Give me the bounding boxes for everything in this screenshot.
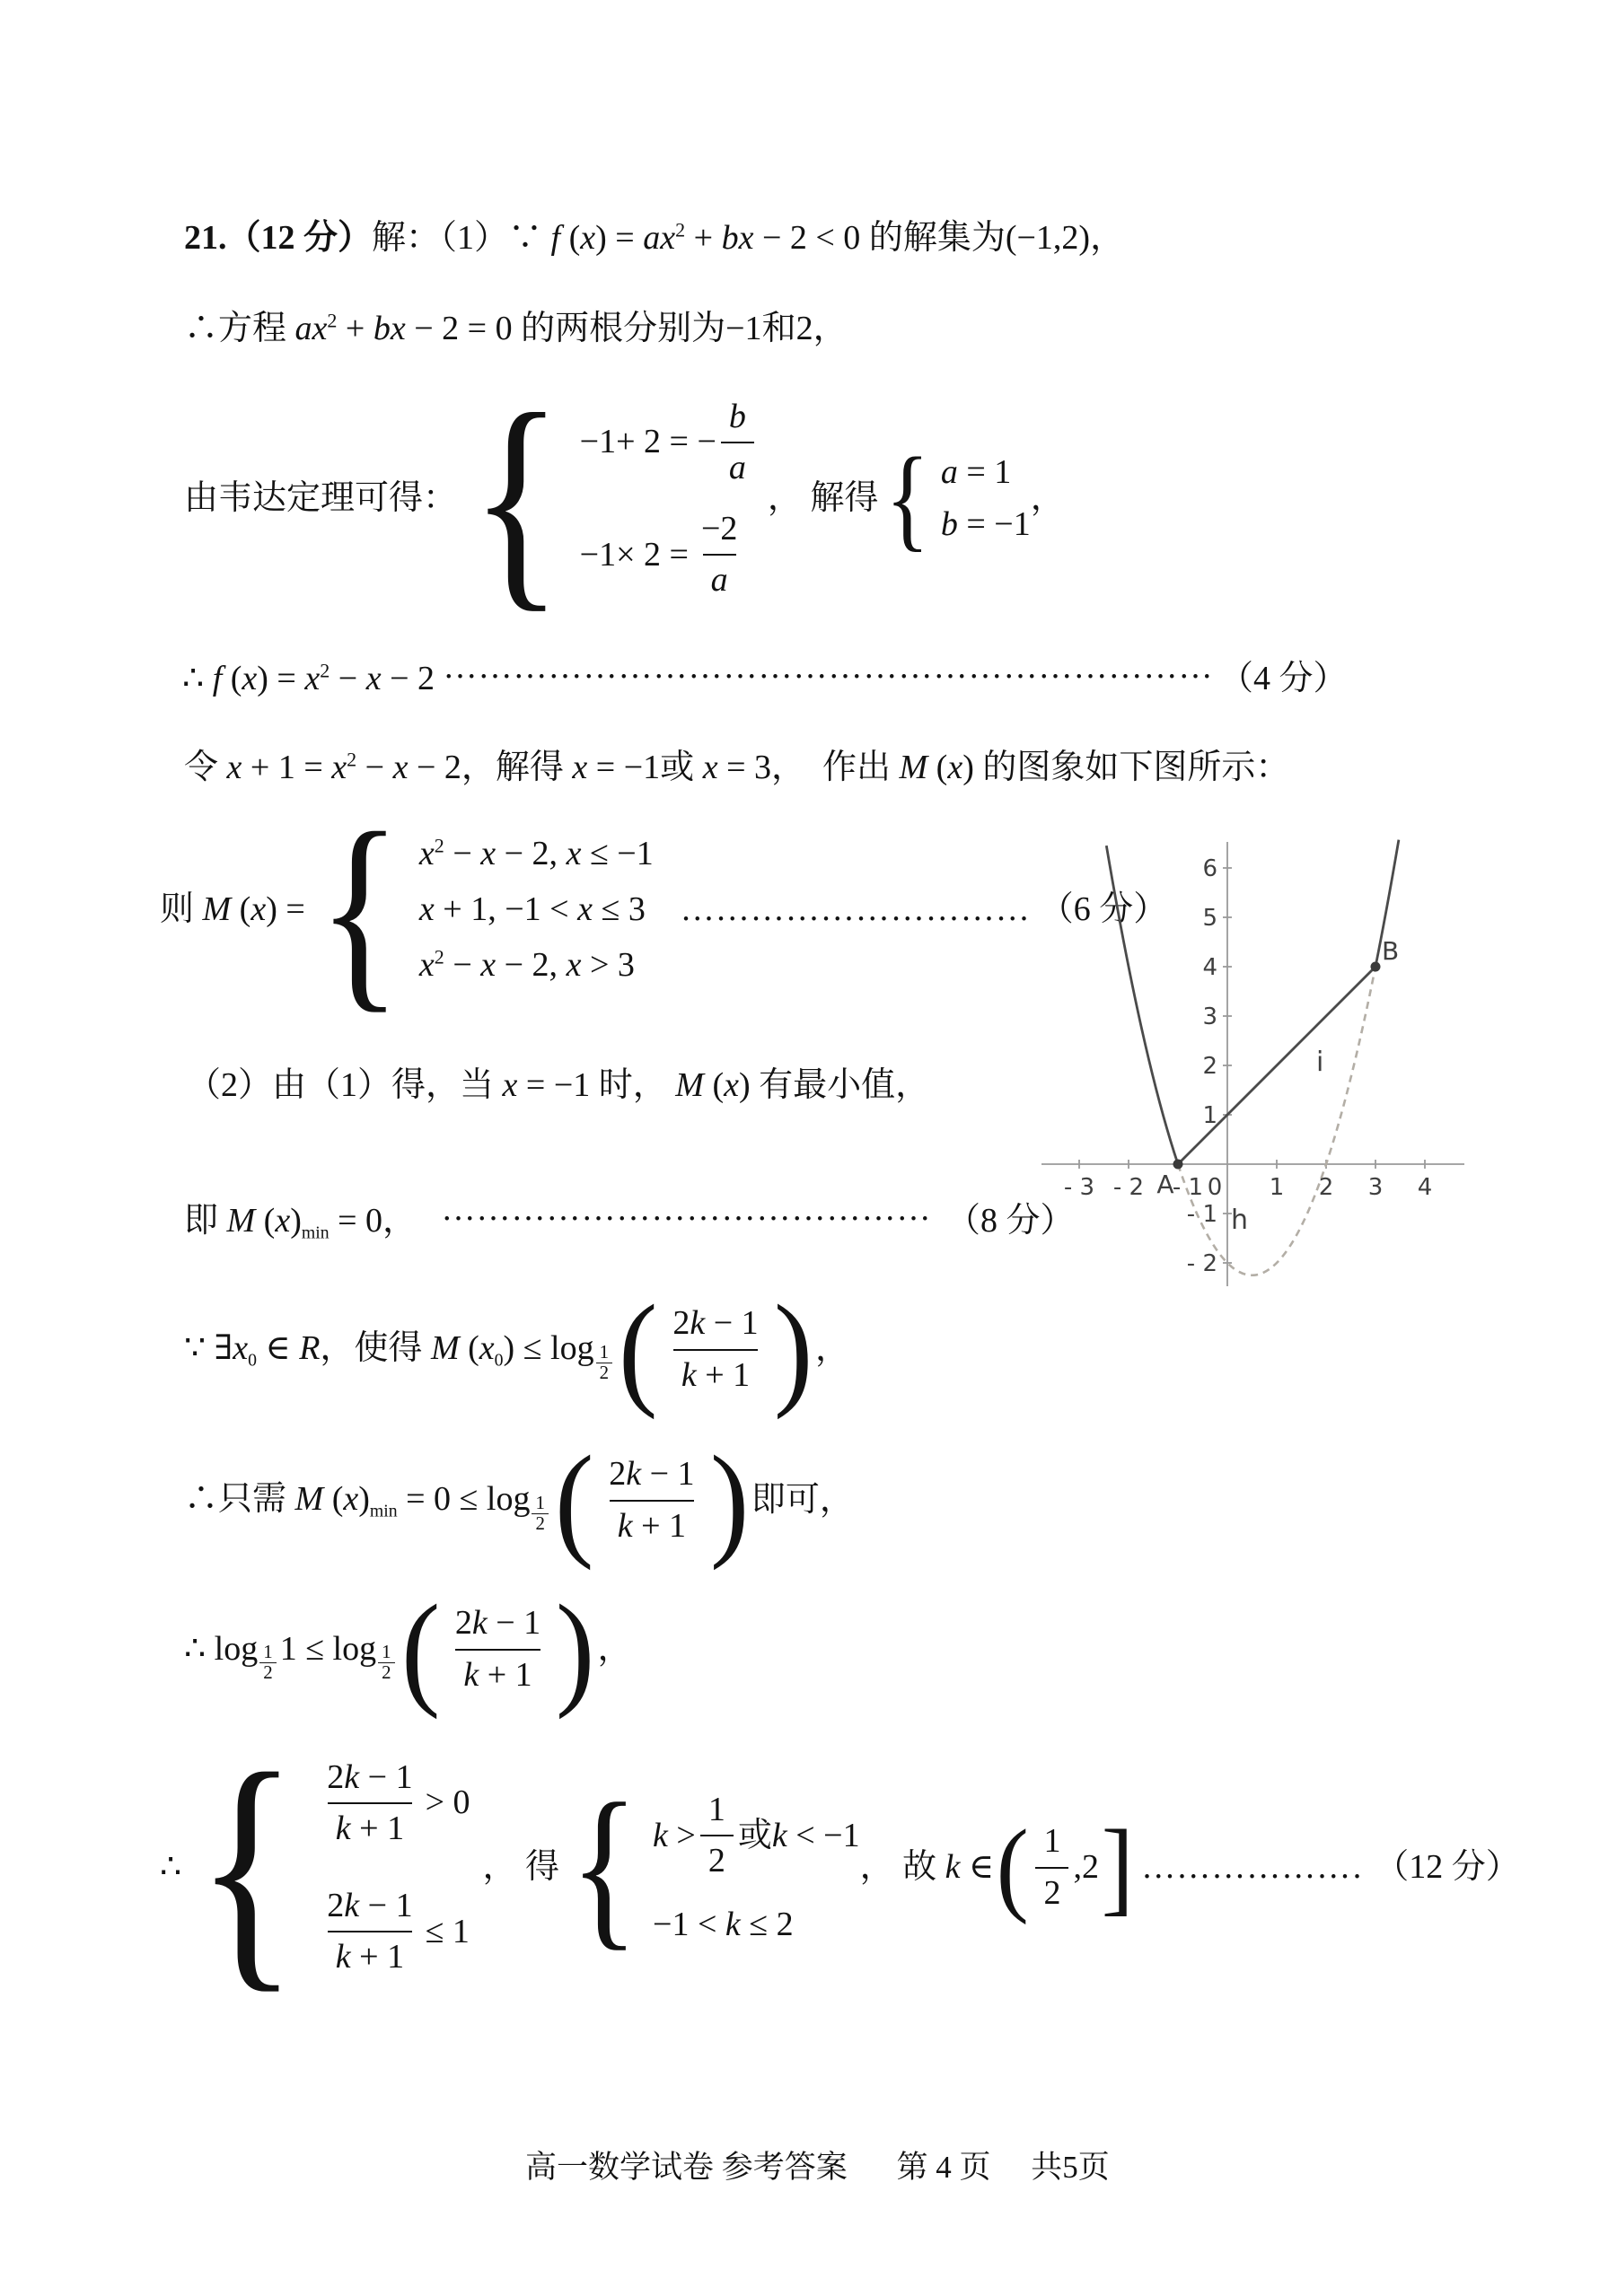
text-run: 0 bbox=[495, 1351, 504, 1371]
text-run: ax bbox=[643, 219, 675, 257]
text-run: 2 bbox=[435, 834, 444, 856]
big-left-paren: ( bbox=[997, 1822, 1029, 1912]
fraction-b-over-a: b a bbox=[721, 394, 754, 490]
text-run: min bbox=[370, 1502, 398, 1521]
log-compare-line: ∴ log 1 2 1 ≤ log 1 2 ( 2k − 1 k + 1 ) ， bbox=[184, 1592, 631, 1705]
text-run: = −1 bbox=[958, 505, 1031, 543]
text-run: 或 bbox=[738, 1817, 772, 1854]
text-run: x bbox=[703, 749, 718, 786]
text-run: ≤ −1 bbox=[581, 835, 653, 872]
text-run: ,2 bbox=[1073, 1848, 1099, 1886]
text-run: 即 bbox=[184, 1202, 227, 1240]
text-run: 使得 bbox=[354, 1329, 431, 1367]
text-run: 或 bbox=[660, 749, 703, 786]
text-run: 有最小值， bbox=[759, 1066, 929, 1104]
text-run: x bbox=[724, 1066, 739, 1104]
text-run: ( bbox=[927, 749, 947, 786]
text-run: min bbox=[302, 1223, 330, 1243]
text-run: ≤ 1 bbox=[426, 1913, 470, 1950]
mx-label: 则 M (x) = bbox=[160, 887, 305, 932]
text-run: − 2 < 0 bbox=[753, 219, 868, 257]
text-run: 2 bbox=[327, 1758, 344, 1796]
only-need-text: ∴只需 M (x)min = 0 ≤ log bbox=[184, 1477, 530, 1523]
fraction-one-half: 1 2 bbox=[700, 1787, 734, 1883]
text-run: = 1 bbox=[958, 453, 1011, 491]
text-run: + 1, −1 < bbox=[435, 890, 577, 928]
text-run: 则 bbox=[160, 890, 203, 928]
text-run: ， bbox=[1090, 219, 1124, 257]
text-run: k bbox=[336, 1938, 351, 1976]
left-brace: { bbox=[886, 451, 930, 546]
big-left-paren: ( bbox=[555, 1446, 594, 1555]
text-run: − bbox=[356, 749, 392, 786]
text-run: x bbox=[343, 1480, 358, 1518]
vieta-line: 由韦达定理可得： { −1+ 2 = − b a −1× 2 = −2 a ， … bbox=[184, 398, 1065, 599]
text-run: a bbox=[941, 453, 958, 491]
b-value: b = −1 bbox=[941, 502, 1031, 547]
text-run: − bbox=[330, 660, 365, 697]
min-value-eq: 即 M (x)min = 0， bbox=[184, 1202, 417, 1240]
text-run: > 3 bbox=[581, 946, 634, 984]
text-run: x bbox=[419, 835, 435, 872]
text-run: ) = bbox=[257, 660, 304, 697]
text-run: x bbox=[227, 749, 242, 786]
text-run: = −1 bbox=[517, 1066, 590, 1104]
text-run: k bbox=[472, 1604, 488, 1642]
text-run: − 2, bbox=[496, 835, 566, 872]
left-brace: { bbox=[470, 399, 563, 597]
text-run: ，解得 bbox=[461, 749, 573, 786]
text-run: > 0 bbox=[426, 1783, 470, 1821]
inequality-1: 2k − 1 k + 1 > 0 bbox=[314, 1755, 470, 1851]
vieta-label: 由韦达定理可得： bbox=[184, 476, 457, 521]
score-12: （12 分） bbox=[1375, 1845, 1520, 1889]
line-label-i: i bbox=[1316, 1047, 1323, 1078]
eq-text: −1× 2 = bbox=[580, 532, 689, 577]
left-brace: { bbox=[318, 819, 402, 999]
text-run: ) = bbox=[595, 219, 643, 257]
text-run: k bbox=[772, 1817, 787, 1854]
text-run: = 0 ≤ log bbox=[398, 1480, 531, 1518]
text-run: ) ≤ log bbox=[504, 1329, 594, 1367]
text-run: ( bbox=[255, 1202, 275, 1240]
text-run: 即可， bbox=[751, 1481, 854, 1519]
point-B bbox=[1371, 962, 1381, 972]
log-base-half: 1 2 bbox=[532, 1494, 548, 1534]
text-run: 2 bbox=[347, 748, 356, 770]
text-run: −1 bbox=[725, 310, 761, 347]
text-run: 的两根分别为 bbox=[521, 310, 725, 347]
text-run: k bbox=[618, 1507, 633, 1545]
fx-result-line: ∴ f (x) = x2 − x − 2 …………………………………………………… bbox=[182, 644, 1348, 701]
text-run: b bbox=[729, 398, 746, 435]
text-run: b bbox=[941, 505, 958, 543]
eq-text: −1+ 2 = − bbox=[580, 419, 716, 464]
text-run: ∵ bbox=[508, 219, 551, 257]
text-run: ， 故 bbox=[860, 1848, 945, 1886]
log-base-half: 1 2 bbox=[259, 1643, 276, 1683]
text-run: ) = bbox=[266, 890, 305, 928]
text-run: 和 bbox=[762, 310, 796, 347]
log-base-half: 1 2 bbox=[596, 1343, 612, 1383]
text-run: − 2 bbox=[408, 749, 461, 786]
y-tick-label: 5 bbox=[1202, 905, 1217, 932]
text-run: ， bbox=[813, 310, 848, 347]
text-run: 2 bbox=[455, 1604, 472, 1642]
text-run: ， bbox=[382, 1202, 417, 1240]
conclusion-text: ， 故 k ∈ bbox=[860, 1845, 995, 1889]
text-run: − 1 bbox=[359, 1887, 412, 1924]
text-run: − 1 bbox=[359, 1758, 412, 1796]
text-run: x bbox=[419, 890, 435, 928]
text-run: k bbox=[344, 1758, 359, 1796]
fraction-2k-1-over-k-1: 2k − 1 k + 1 bbox=[664, 1301, 766, 1397]
fraction-neg2-over-a: −2 a bbox=[693, 506, 745, 602]
text-run: x bbox=[577, 890, 593, 928]
x-tick-label: - 1 bbox=[1173, 1174, 1203, 1201]
score-4: （4 分） bbox=[1219, 660, 1348, 697]
inequality-2: 2k − 1 k + 1 ≤ 1 bbox=[314, 1883, 470, 1979]
text-run: 的图象如下图所示： bbox=[982, 749, 1289, 786]
text-run: M bbox=[295, 1480, 324, 1518]
text-run: 2 bbox=[327, 309, 337, 331]
k-case-2: −1 < k ≤ 2 bbox=[653, 1902, 794, 1947]
text-run: + 1 bbox=[633, 1507, 686, 1545]
point-A-label: A bbox=[1156, 1170, 1173, 1199]
text-run: ( bbox=[222, 660, 242, 697]
text-run: −1+ 2 = − bbox=[580, 423, 716, 460]
text-run: −1× 2 = bbox=[580, 536, 689, 574]
point-A bbox=[1173, 1160, 1183, 1170]
text-run: 2 bbox=[435, 945, 444, 968]
text-run: x bbox=[479, 1329, 495, 1367]
text-run: 1 ≤ log bbox=[280, 1630, 376, 1668]
fx-result: ∴ f (x) = x2 − x − 2 bbox=[182, 660, 435, 697]
text-run: a bbox=[711, 561, 728, 599]
big-right-paren: ) bbox=[774, 1295, 813, 1404]
text-run: − 2 bbox=[382, 660, 435, 697]
text-run: ) bbox=[290, 1202, 302, 1240]
text-run: − 2, bbox=[496, 946, 566, 984]
text-run: x bbox=[947, 749, 962, 786]
text-run: k bbox=[336, 1810, 351, 1847]
text-run: = −1 bbox=[587, 749, 660, 786]
dotted-leader: ……………………………… bbox=[681, 887, 1029, 932]
exists-text: ∵ ∃x0 ∈ R，使得 M (x0) ≤ log bbox=[184, 1326, 594, 1372]
text-run: x bbox=[366, 660, 382, 697]
y-tick-label: 3 bbox=[1202, 1003, 1217, 1030]
text-run: ∴ bbox=[184, 1480, 218, 1518]
x-tick-label: 1 bbox=[1270, 1174, 1285, 1201]
text-run: bx bbox=[373, 310, 406, 347]
footer-title: 高一数学试卷 参考答案 bbox=[525, 2150, 848, 2185]
text-run: ∴ bbox=[184, 310, 218, 347]
k-case-1: k > 1 2 或k < −1 bbox=[653, 1787, 860, 1883]
fraction-one-half: 1 2 bbox=[1035, 1818, 1068, 1915]
dotted-leader: …………………………………… bbox=[442, 1187, 931, 1231]
text-run: ax bbox=[295, 310, 328, 347]
text-run: ， 作出 bbox=[771, 749, 900, 786]
text-run: ∴ bbox=[182, 660, 213, 697]
interval-upper: ,2 bbox=[1073, 1845, 1099, 1889]
text-run: k bbox=[653, 1817, 668, 1854]
vieta-eq-sum: −1+ 2 = − b a bbox=[580, 394, 759, 490]
text-run: = 0 bbox=[330, 1202, 382, 1240]
dotted-leader: ……………………………………………………………………………………… bbox=[444, 644, 1211, 689]
y-tick-label: 2 bbox=[1202, 1053, 1217, 1080]
y-tick-label: - 2 bbox=[1187, 1250, 1217, 1277]
vieta-equations: −1+ 2 = − b a −1× 2 = −2 a bbox=[580, 394, 759, 603]
piecewise-line: 则 M (x) = { x2 − x − 2, x ≤ −1 x + 1, −1… bbox=[160, 817, 1167, 1002]
text-run: x bbox=[567, 946, 582, 984]
text-run: − bbox=[444, 835, 480, 872]
parabola-label-h: h bbox=[1231, 1205, 1248, 1236]
text-run: 时， bbox=[590, 1066, 675, 1104]
text-run: x bbox=[304, 660, 320, 697]
text-run: ) bbox=[962, 749, 982, 786]
text-run: 2 bbox=[320, 660, 330, 682]
text-run: > bbox=[668, 1817, 696, 1854]
log-text-2: 1 ≤ log bbox=[280, 1626, 376, 1671]
text-run: M bbox=[900, 749, 928, 786]
exists-condition-line: ∵ ∃x0 ∈ R，使得 M (x0) ≤ log 1 2 ( 2k − 1 k… bbox=[184, 1293, 849, 1406]
mx-plot: - 3 - 2 - 1 0 1 2 3 4 6 5 4 3 2 1 - 1 - … bbox=[1040, 839, 1469, 1288]
footer-page-total: 共5页 bbox=[1031, 2150, 1110, 2185]
x-tick-label: 3 bbox=[1368, 1174, 1384, 1201]
exam-answer-page: 21.（12 分）解：（1）∵ f (x) = ax2 + bx − 2 < 0… bbox=[0, 0, 1617, 2296]
fraction-2k-1-over-k-1: 2k − 1 k + 1 bbox=[319, 1755, 420, 1851]
comma: ， bbox=[815, 1327, 849, 1371]
y-tick-label: 6 bbox=[1202, 855, 1217, 882]
text-run: x bbox=[393, 749, 409, 786]
x-tick-label: 4 bbox=[1418, 1174, 1433, 1201]
text-run: x bbox=[567, 835, 582, 872]
text-run: − 1 bbox=[641, 1455, 694, 1493]
footer-page-number: 第 4 页 bbox=[897, 2150, 991, 2185]
text-run: k bbox=[690, 1304, 705, 1342]
text-run: ∴ log bbox=[184, 1630, 258, 1668]
fraction-2k-1-over-k-1: 2k − 1 k + 1 bbox=[319, 1883, 420, 1979]
text-run: ( bbox=[460, 1329, 479, 1367]
case-2: x + 1, −1 < x ≤ 3 bbox=[419, 887, 646, 932]
left-brace: { bbox=[196, 1758, 298, 1976]
text-run: < −1 bbox=[787, 1817, 860, 1854]
text-run: k bbox=[344, 1887, 359, 1924]
big-left-paren: ( bbox=[619, 1295, 658, 1404]
solve-connector: ， 解得 bbox=[768, 476, 879, 521]
a-value: a = 1 bbox=[941, 450, 1011, 495]
text-run: 2 bbox=[675, 218, 685, 241]
text-run: 0 bbox=[248, 1351, 257, 1371]
text-run: − bbox=[444, 946, 480, 984]
text-run: M bbox=[675, 1066, 704, 1104]
big-right-paren: ) bbox=[709, 1446, 749, 1555]
therefore-symbol: ∴ bbox=[160, 1845, 181, 1889]
text-run: 的解集为 bbox=[869, 219, 1006, 257]
min-value-line: 即 M (x)min = 0， …………………………………… （8 分） bbox=[184, 1187, 1075, 1245]
log-text-1: ∴ log bbox=[184, 1626, 258, 1671]
text-run: x bbox=[250, 890, 266, 928]
text-run: M bbox=[431, 1329, 460, 1367]
big-left-paren: ( bbox=[400, 1595, 440, 1704]
text-run: k bbox=[725, 1906, 741, 1943]
text-run: x bbox=[233, 1329, 248, 1367]
text-run: + 1 bbox=[351, 1810, 404, 1847]
text-run: 只需 bbox=[218, 1480, 295, 1518]
text-run: x bbox=[419, 946, 435, 984]
final-system-line: ∴ { 2k − 1 k + 1 > 0 2k − 1 k + 1 ≤ 1 ， … bbox=[160, 1747, 1520, 1987]
text-run: M bbox=[227, 1202, 256, 1240]
text-run: ， bbox=[597, 1630, 631, 1668]
text-run: x bbox=[503, 1066, 518, 1104]
text-run: − 1 bbox=[488, 1604, 540, 1642]
text-run: − 2 = 0 bbox=[406, 310, 521, 347]
text-run: （2）由（1）得，当 bbox=[187, 1066, 503, 1104]
text-run: 21.（12 分） bbox=[184, 219, 372, 257]
ab-solution: a = 1 b = −1 bbox=[941, 450, 1031, 547]
text-run: (−1,2) bbox=[1006, 219, 1090, 257]
text-run: 解：（1） bbox=[372, 219, 508, 257]
solution-line-2: ∴方程 ax2 + bx − 2 = 0 的两根分别为−1和2， bbox=[184, 306, 848, 351]
dotted-leader: ………………………… bbox=[1141, 1845, 1366, 1889]
text-run: a bbox=[729, 449, 746, 486]
text-run: + 1 bbox=[479, 1656, 532, 1694]
x-tick-label: 2 bbox=[1319, 1174, 1334, 1201]
text-run: + 1 bbox=[697, 1356, 750, 1394]
text-run: ∵ ∃ bbox=[184, 1329, 233, 1367]
fraction-2k-1-over-k-1: 2k − 1 k + 1 bbox=[447, 1600, 549, 1696]
case-1: x2 − x − 2, x ≤ −1 bbox=[419, 831, 654, 876]
k-solution-system: k > 1 2 或k < −1 −1 < k ≤ 2 bbox=[653, 1787, 860, 1946]
left-brace: { bbox=[570, 1793, 639, 1941]
suffix: 即可， bbox=[751, 1477, 854, 1522]
text-run: 2 bbox=[672, 1304, 690, 1342]
text-run: ≤ 2 bbox=[741, 1906, 794, 1943]
y-tick-label: 4 bbox=[1202, 954, 1217, 981]
fraction-2k-1-over-k-1: 2k − 1 k + 1 bbox=[601, 1451, 702, 1547]
text-run: −1 < bbox=[653, 1906, 725, 1943]
text-run: ) bbox=[739, 1066, 759, 1104]
text-run: 令 bbox=[184, 749, 227, 786]
only-need-line: ∴只需 M (x)min = 0 ≤ log 1 2 ( 2k − 1 k + … bbox=[184, 1443, 854, 1556]
part2-line: （2）由（1）得，当 x = −1 时， M (x) 有最小值， bbox=[187, 1063, 929, 1108]
function-graph: - 3 - 2 - 1 0 1 2 3 4 6 5 4 3 2 1 - 1 - … bbox=[1040, 839, 1469, 1293]
text-run: + bbox=[685, 219, 721, 257]
inequality-system: 2k − 1 k + 1 > 0 2k − 1 k + 1 ≤ 1 bbox=[314, 1755, 470, 1980]
text-run: x bbox=[580, 219, 595, 257]
case-3: x2 − x − 2, x > 3 bbox=[419, 942, 635, 987]
piecewise-cases: x2 − x − 2, x ≤ −1 x + 1, −1 < x ≤ 3 x2 … bbox=[419, 831, 654, 987]
big-right-bracket: ] bbox=[1102, 1822, 1134, 1912]
solution-line-1: 21.（12 分）解：（1）∵ f (x) = ax2 + bx − 2 < 0… bbox=[184, 215, 1124, 260]
text-run: + 1 bbox=[351, 1938, 404, 1976]
text-run: ( bbox=[704, 1066, 724, 1104]
text-run: k bbox=[626, 1455, 641, 1493]
comma: ， bbox=[1031, 476, 1065, 521]
y-tick-label: 1 bbox=[1202, 1102, 1217, 1129]
big-right-paren: ) bbox=[556, 1595, 595, 1704]
text-run: k bbox=[681, 1356, 697, 1394]
text-run: ， bbox=[320, 1329, 354, 1367]
parabola-left-branch bbox=[1106, 846, 1178, 1164]
text-run: −2 bbox=[701, 510, 737, 548]
text-run: x bbox=[480, 835, 496, 872]
text-run: ∈ bbox=[961, 1848, 995, 1886]
score-8: （8 分） bbox=[946, 1202, 1075, 1240]
text-run: 2 bbox=[609, 1455, 626, 1493]
text-run: + 1 = bbox=[242, 749, 331, 786]
comma: ， bbox=[597, 1626, 631, 1671]
text-run: R bbox=[299, 1329, 320, 1367]
x-tick-label: - 2 bbox=[1113, 1174, 1144, 1201]
solve-intersection-line: 令 x + 1 = x2 − x − 2，解得 x = −1或 x = 3， 作… bbox=[184, 745, 1289, 790]
text-run: x bbox=[480, 946, 496, 984]
text-run: 方程 bbox=[218, 310, 295, 347]
text-run: x bbox=[275, 1202, 290, 1240]
point-B-label: B bbox=[1382, 936, 1399, 966]
y-tick-label: - 1 bbox=[1187, 1201, 1217, 1228]
text-run: ∈ bbox=[257, 1329, 299, 1367]
text-run: 2 bbox=[796, 310, 813, 347]
text-run: 2 bbox=[327, 1887, 344, 1924]
text-run: x bbox=[242, 660, 257, 697]
text-run: ( bbox=[560, 219, 580, 257]
x-tick-label: 0 bbox=[1208, 1174, 1223, 1201]
vieta-eq-product: −1× 2 = −2 a bbox=[580, 506, 751, 602]
text-run: ( bbox=[231, 890, 250, 928]
text-run: M bbox=[203, 890, 232, 928]
text-run: k bbox=[945, 1848, 961, 1886]
get-connector: ， 得 bbox=[483, 1845, 560, 1889]
text-run: f bbox=[551, 219, 561, 257]
text-run: ， bbox=[815, 1330, 849, 1368]
log-base-half: 1 2 bbox=[378, 1643, 394, 1683]
text-run: k bbox=[463, 1656, 479, 1694]
text-run: bx bbox=[722, 219, 754, 257]
text-run: = 3 bbox=[718, 749, 771, 786]
text-run: − 1 bbox=[705, 1304, 758, 1342]
text-run: x bbox=[331, 749, 347, 786]
text-run: x bbox=[572, 749, 587, 786]
text-run: + bbox=[337, 310, 373, 347]
text-run: f bbox=[213, 660, 223, 697]
page-footer: 高一数学试卷 参考答案 第 4 页 共5页 bbox=[525, 2147, 1110, 2188]
text-run: ( bbox=[323, 1480, 343, 1518]
text-run: ≤ 3 bbox=[593, 890, 646, 928]
text-run: ) bbox=[358, 1480, 370, 1518]
